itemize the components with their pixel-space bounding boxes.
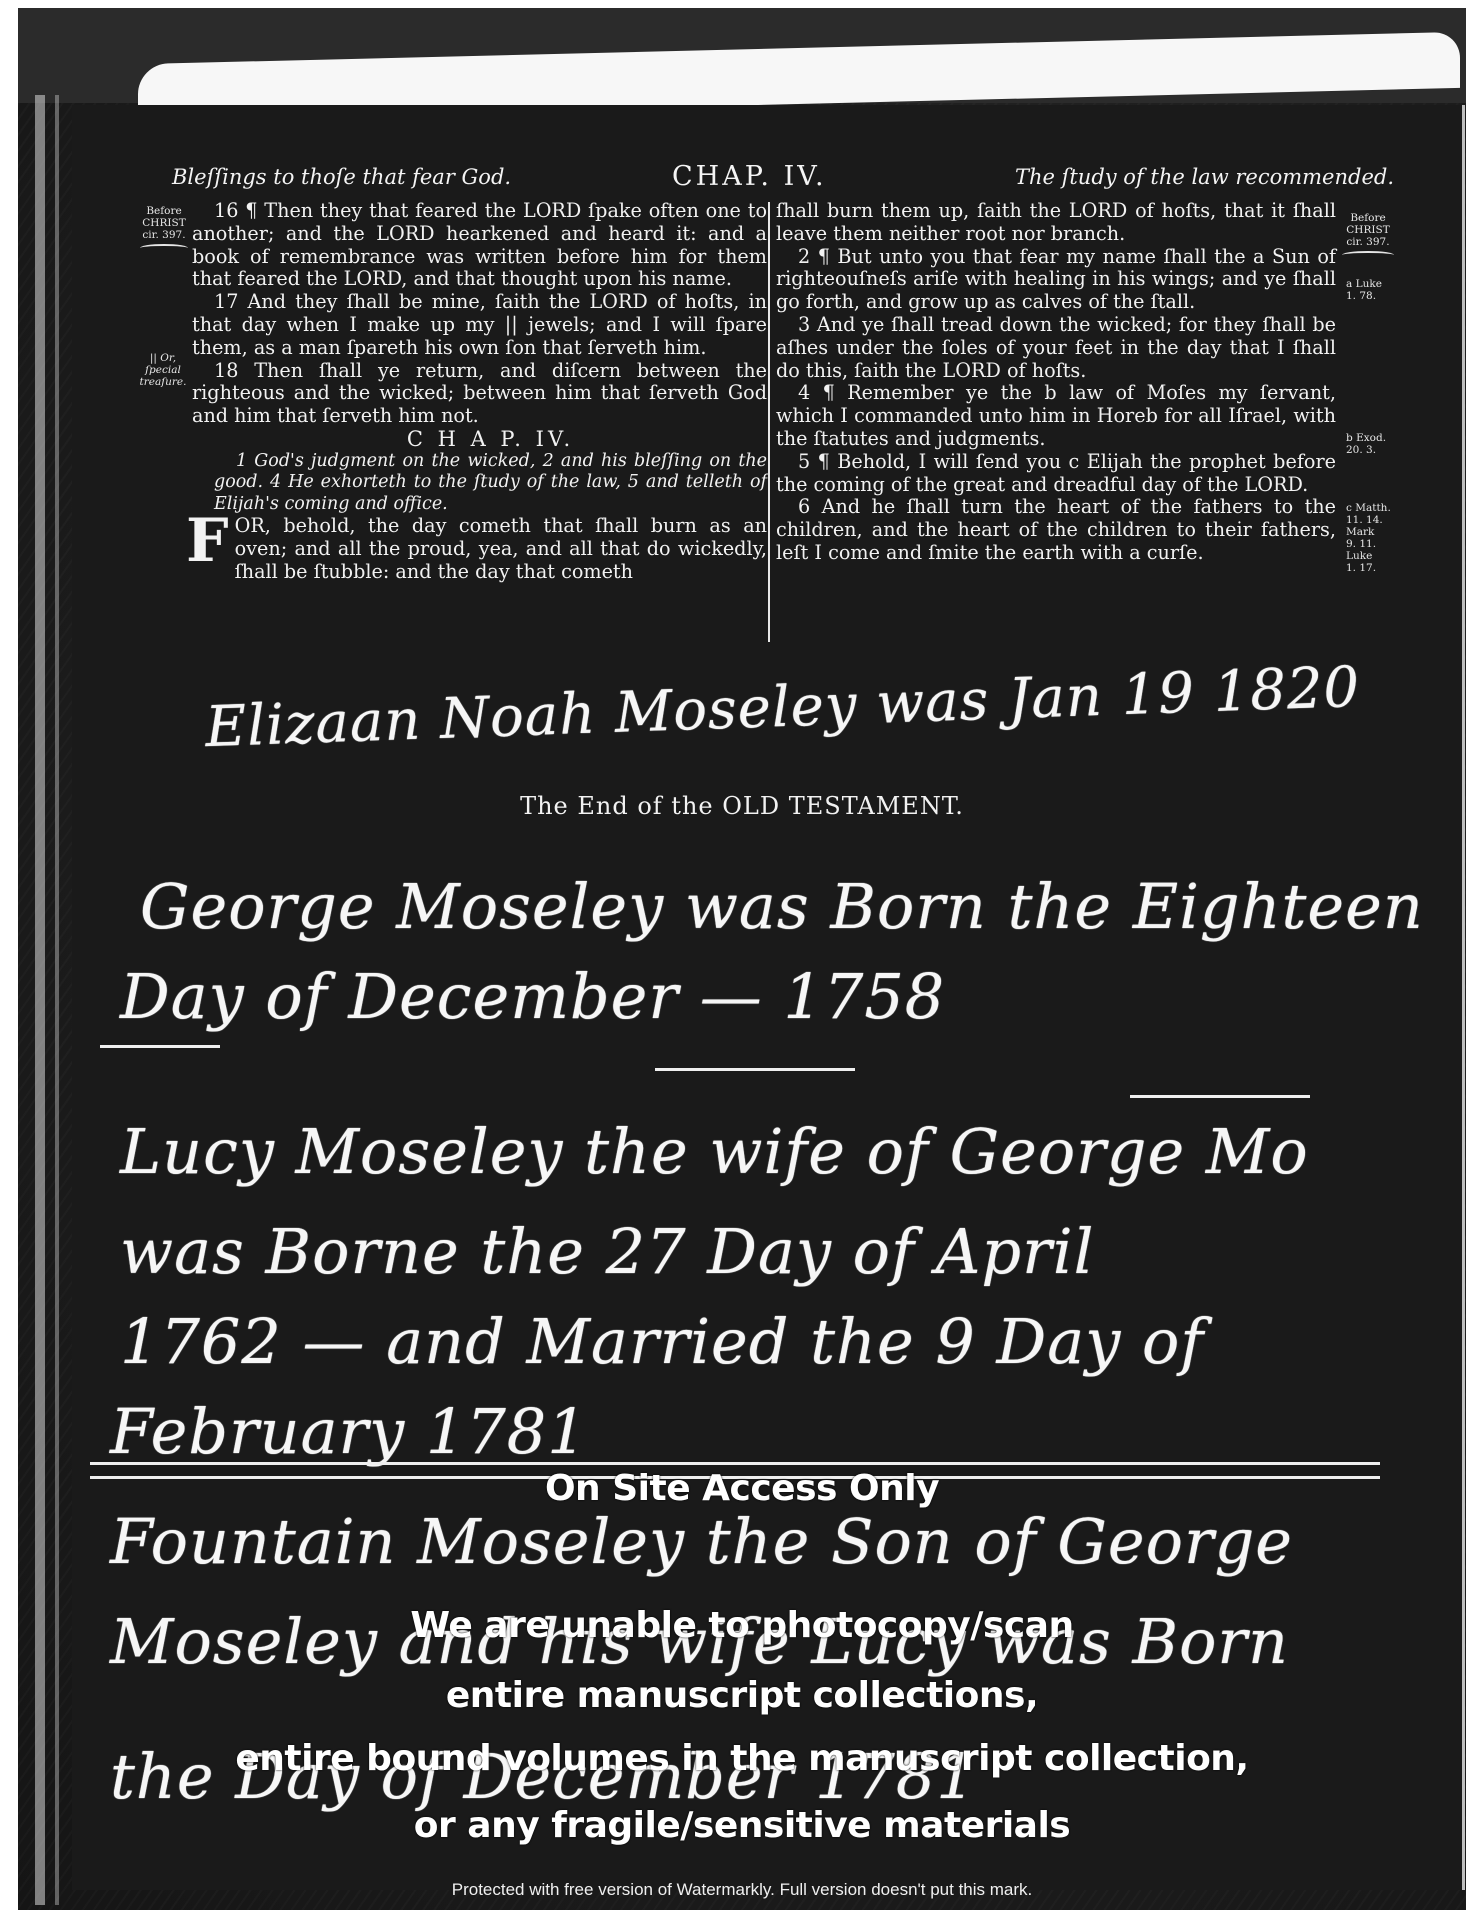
underline <box>1130 1095 1310 1098</box>
watermark-footer: Protected with free version of Watermark… <box>0 1880 1484 1900</box>
watermark-line-1: On Site Access Only <box>0 1468 1484 1509</box>
margin-ref-b: b Exod. 20. 3. <box>1346 432 1394 456</box>
running-head-right: The ſtudy of the law recommended. <box>1015 165 1394 189</box>
column-divider <box>768 202 770 642</box>
chapter-summary: 1 God's judgment on the wicked, 2 and hi… <box>192 451 767 516</box>
watermark-line-2: We are unable to photocopy/scan <box>0 1605 1484 1646</box>
margin-ref-c: c Matth. 11. 14. Mark 9. 11. Luke 1. 17. <box>1346 502 1398 574</box>
handwritten-entry-8: Fountain Moseley the Son of George <box>110 1505 1293 1578</box>
watermark-line-4: entire bound volumes in the manuscript c… <box>0 1738 1484 1779</box>
brace-icon <box>140 244 188 252</box>
margin-ref-a: a Luke 1. 78. <box>1346 278 1394 302</box>
end-of-old-testament-title: The End of the OLD TESTAMENT. <box>0 792 1484 820</box>
margin-note-left: || Or, ſpecial treaſure. <box>138 352 188 388</box>
chapter-opening: FOR, behold, the day cometh that ſhall b… <box>192 515 767 583</box>
watermark-line-3: entire manuscript collections, <box>0 1675 1484 1716</box>
running-head-left: Bleſſings to thoſe that fear God. <box>172 165 511 189</box>
running-head-chapter: CHAP. IV. <box>672 161 827 192</box>
running-head: Bleſſings to thoſe that fear God. CHAP. … <box>172 165 1414 199</box>
verse-17: 17 And they ſhall be mine, ſaith the LOR… <box>192 291 767 359</box>
verse-1-cont: ſhall burn them up, ſaith the LORD of ho… <box>776 200 1336 246</box>
verse-2: 2 ¶ But unto you that fear my name ſhall… <box>776 246 1336 314</box>
scan-bottom-margin <box>0 1910 1484 1920</box>
handwritten-entry-7: February 1781 <box>110 1395 588 1468</box>
handwritten-entry-6: 1762 — and Married the 9 Day of <box>120 1305 1204 1378</box>
verse-5: 5 ¶ Behold, I will ſend you c Elijah the… <box>776 451 1336 497</box>
verse-3: 3 And ye ſhall tread down the wicked; fo… <box>776 314 1336 382</box>
verse-18: 18 Then ſhall ye return, and diſcern bet… <box>192 360 767 428</box>
verse-16: 16 ¶ Then they that feared the LORD ſpak… <box>192 200 767 291</box>
underline <box>100 1045 220 1048</box>
right-column: ſhall burn them up, ſaith the LORD of ho… <box>776 200 1336 565</box>
handwritten-entry-4: Lucy Moseley the wife of George Mo <box>120 1115 1309 1188</box>
handwritten-entry-5: was Borne the 27 Day of April <box>120 1215 1094 1288</box>
watermark-line-5: or any fragile/sensitive materials <box>0 1805 1484 1846</box>
margin-date-left: Before CHRIST cir. 397. <box>140 205 188 252</box>
chapter-heading: C H A P. IV. <box>192 428 767 451</box>
verse-6: 6 And he ſhall turn the heart of the fat… <box>776 496 1336 564</box>
double-rule <box>90 1462 1380 1465</box>
handwritten-entry-2: George Moseley was Born the Eighteen <box>140 870 1424 943</box>
drop-cap: F <box>186 517 229 565</box>
brace-icon <box>1342 251 1394 259</box>
handwritten-entry-3: Day of December — 1758 <box>120 960 945 1033</box>
underline <box>655 1068 855 1071</box>
margin-date-right: Before CHRIST cir. 397. <box>1342 212 1394 259</box>
left-column: 16 ¶ Then they that feared the LORD ſpak… <box>192 200 767 584</box>
verse-4: 4 ¶ Remember ye the b law of Moſes my ſe… <box>776 382 1336 450</box>
